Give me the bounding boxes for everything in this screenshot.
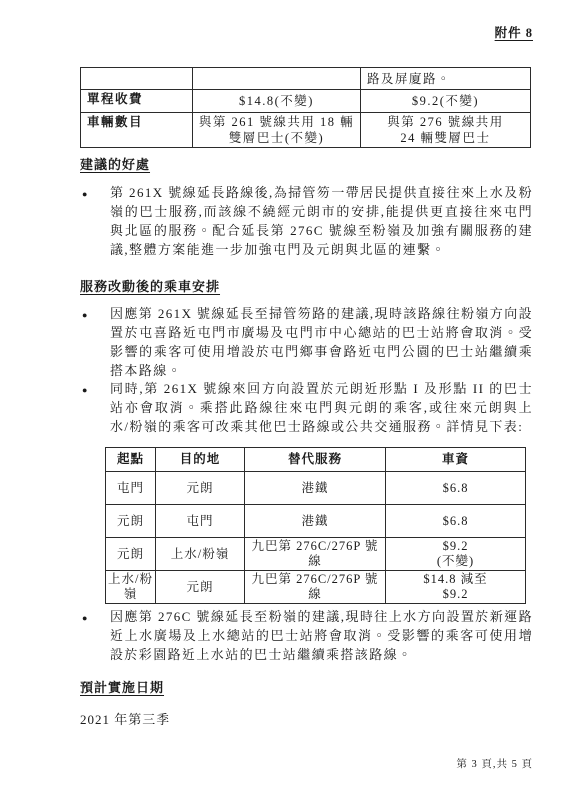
fare-cell-276: $9.2(不變)	[361, 90, 531, 113]
column-header-alternative: 替代服務	[245, 448, 386, 472]
table-row: 單程收費 $14.8(不變) $9.2(不變)	[81, 90, 531, 113]
table-row: 路及屏廈路。	[81, 68, 531, 90]
bullet-icon	[82, 183, 110, 259]
column-header-origin: 起點	[106, 448, 156, 472]
column-header-fare: 車資	[386, 448, 526, 472]
table-row: 上水/粉嶺 元朗 九巴第 276C/276P 號線 $14.8 減至 $9.2	[106, 571, 526, 604]
cell-destination: 屯門	[156, 505, 245, 538]
list-item: 因應第 261X 號線延長至掃管笏路的建議,現時該路線往粉嶺方向設置於屯喜路近屯…	[82, 304, 533, 380]
bullet-text: 因應第 276C 號線延長至粉嶺的建議,現時往上水方向設置於新運路近上水廣場及上…	[110, 607, 533, 664]
cell-origin: 屯門	[106, 472, 156, 505]
bullet-text: 同時,第 261X 號線來回方向設置於元朗近形點 I 及形點 II 的巴士站亦會…	[110, 379, 533, 436]
bullet-text: 第 261X 號線延長路線後,為掃管笏一帶居民提供直接往來上水及粉嶺的巴士服務,…	[110, 183, 533, 259]
document-page: 附件 8 路及屏廈路。 單程收費 $14.8(不變) $9.2(不變) 車輛數目…	[0, 0, 566, 800]
cell-fare: $6.8	[386, 472, 526, 505]
cell-origin: 上水/粉嶺	[106, 571, 156, 604]
bullet-text: 因應第 261X 號線延長至掃管笏路的建議,現時該路線往粉嶺方向設置於屯喜路近屯…	[110, 304, 533, 380]
table-row: 屯門 元朗 港鐵 $6.8	[106, 472, 526, 505]
alternative-services-table: 起點 目的地 替代服務 車資 屯門 元朗 港鐵 $6.8 元朗 屯門 港鐵 $6…	[105, 447, 526, 604]
fare-row-label: 單程收費	[81, 90, 193, 113]
cell-destination: 元朗	[156, 472, 245, 505]
fare-continuation-table: 路及屏廈路。 單程收費 $14.8(不變) $9.2(不變) 車輛數目 與第 2…	[80, 67, 531, 148]
section-heading-benefits: 建議的好處	[80, 155, 150, 174]
table-header-row: 起點 目的地 替代服務 車資	[106, 448, 526, 472]
cell-fare: $14.8 減至 $9.2	[386, 571, 526, 604]
bullet-icon	[82, 379, 110, 436]
cell-origin: 元朗	[106, 505, 156, 538]
fare-cell-276: 與第 276 號線共用 24 輛雙層巴士	[361, 113, 531, 148]
cell-alternative: 港鐵	[245, 472, 386, 505]
cell-destination: 元朗	[156, 571, 245, 604]
table-row: 元朗 屯門 港鐵 $6.8	[106, 505, 526, 538]
cell-alternative: 九巴第 276C/276P 號線	[245, 571, 386, 604]
fare-cell-261: $14.8(不變)	[193, 90, 361, 113]
list-item: 同時,第 261X 號線來回方向設置於元朗近形點 I 及形點 II 的巴士站亦會…	[82, 379, 533, 436]
list-item: 第 261X 號線延長路線後,為掃管笏一帶居民提供直接往來上水及粉嶺的巴士服務,…	[82, 183, 533, 259]
cell-destination: 上水/粉嶺	[156, 538, 245, 571]
fare-cell-261	[193, 68, 361, 90]
annex-label: 附件 8	[495, 24, 533, 43]
table-row: 車輛數目 與第 261 號線共用 18 輛雙層巴士(不變) 與第 276 號線共…	[81, 113, 531, 148]
list-item: 因應第 276C 號線延長至粉嶺的建議,現時往上水方向設置於新運路近上水廣場及上…	[82, 607, 533, 664]
column-header-destination: 目的地	[156, 448, 245, 472]
bullet-icon	[82, 304, 110, 380]
page-number: 第 3 頁,共 5 頁	[456, 755, 533, 774]
section-heading-implementation: 預計實施日期	[80, 678, 164, 697]
cell-alternative: 九巴第 276C/276P 號線	[245, 538, 386, 571]
bullet-icon	[82, 607, 110, 664]
cell-fare: $9.2 (不變)	[386, 538, 526, 571]
section-heading-arrangements: 服務改動後的乘車安排	[80, 277, 220, 296]
fare-row-label	[81, 68, 193, 90]
fare-row-label: 車輛數目	[81, 113, 193, 148]
implementation-date: 2021 年第三季	[80, 710, 170, 729]
table-row: 元朗 上水/粉嶺 九巴第 276C/276P 號線 $9.2 (不變)	[106, 538, 526, 571]
fare-cell-276: 路及屏廈路。	[361, 68, 531, 90]
cell-origin: 元朗	[106, 538, 156, 571]
cell-alternative: 港鐵	[245, 505, 386, 538]
fare-cell-261: 與第 261 號線共用 18 輛雙層巴士(不變)	[193, 113, 361, 148]
cell-fare: $6.8	[386, 505, 526, 538]
